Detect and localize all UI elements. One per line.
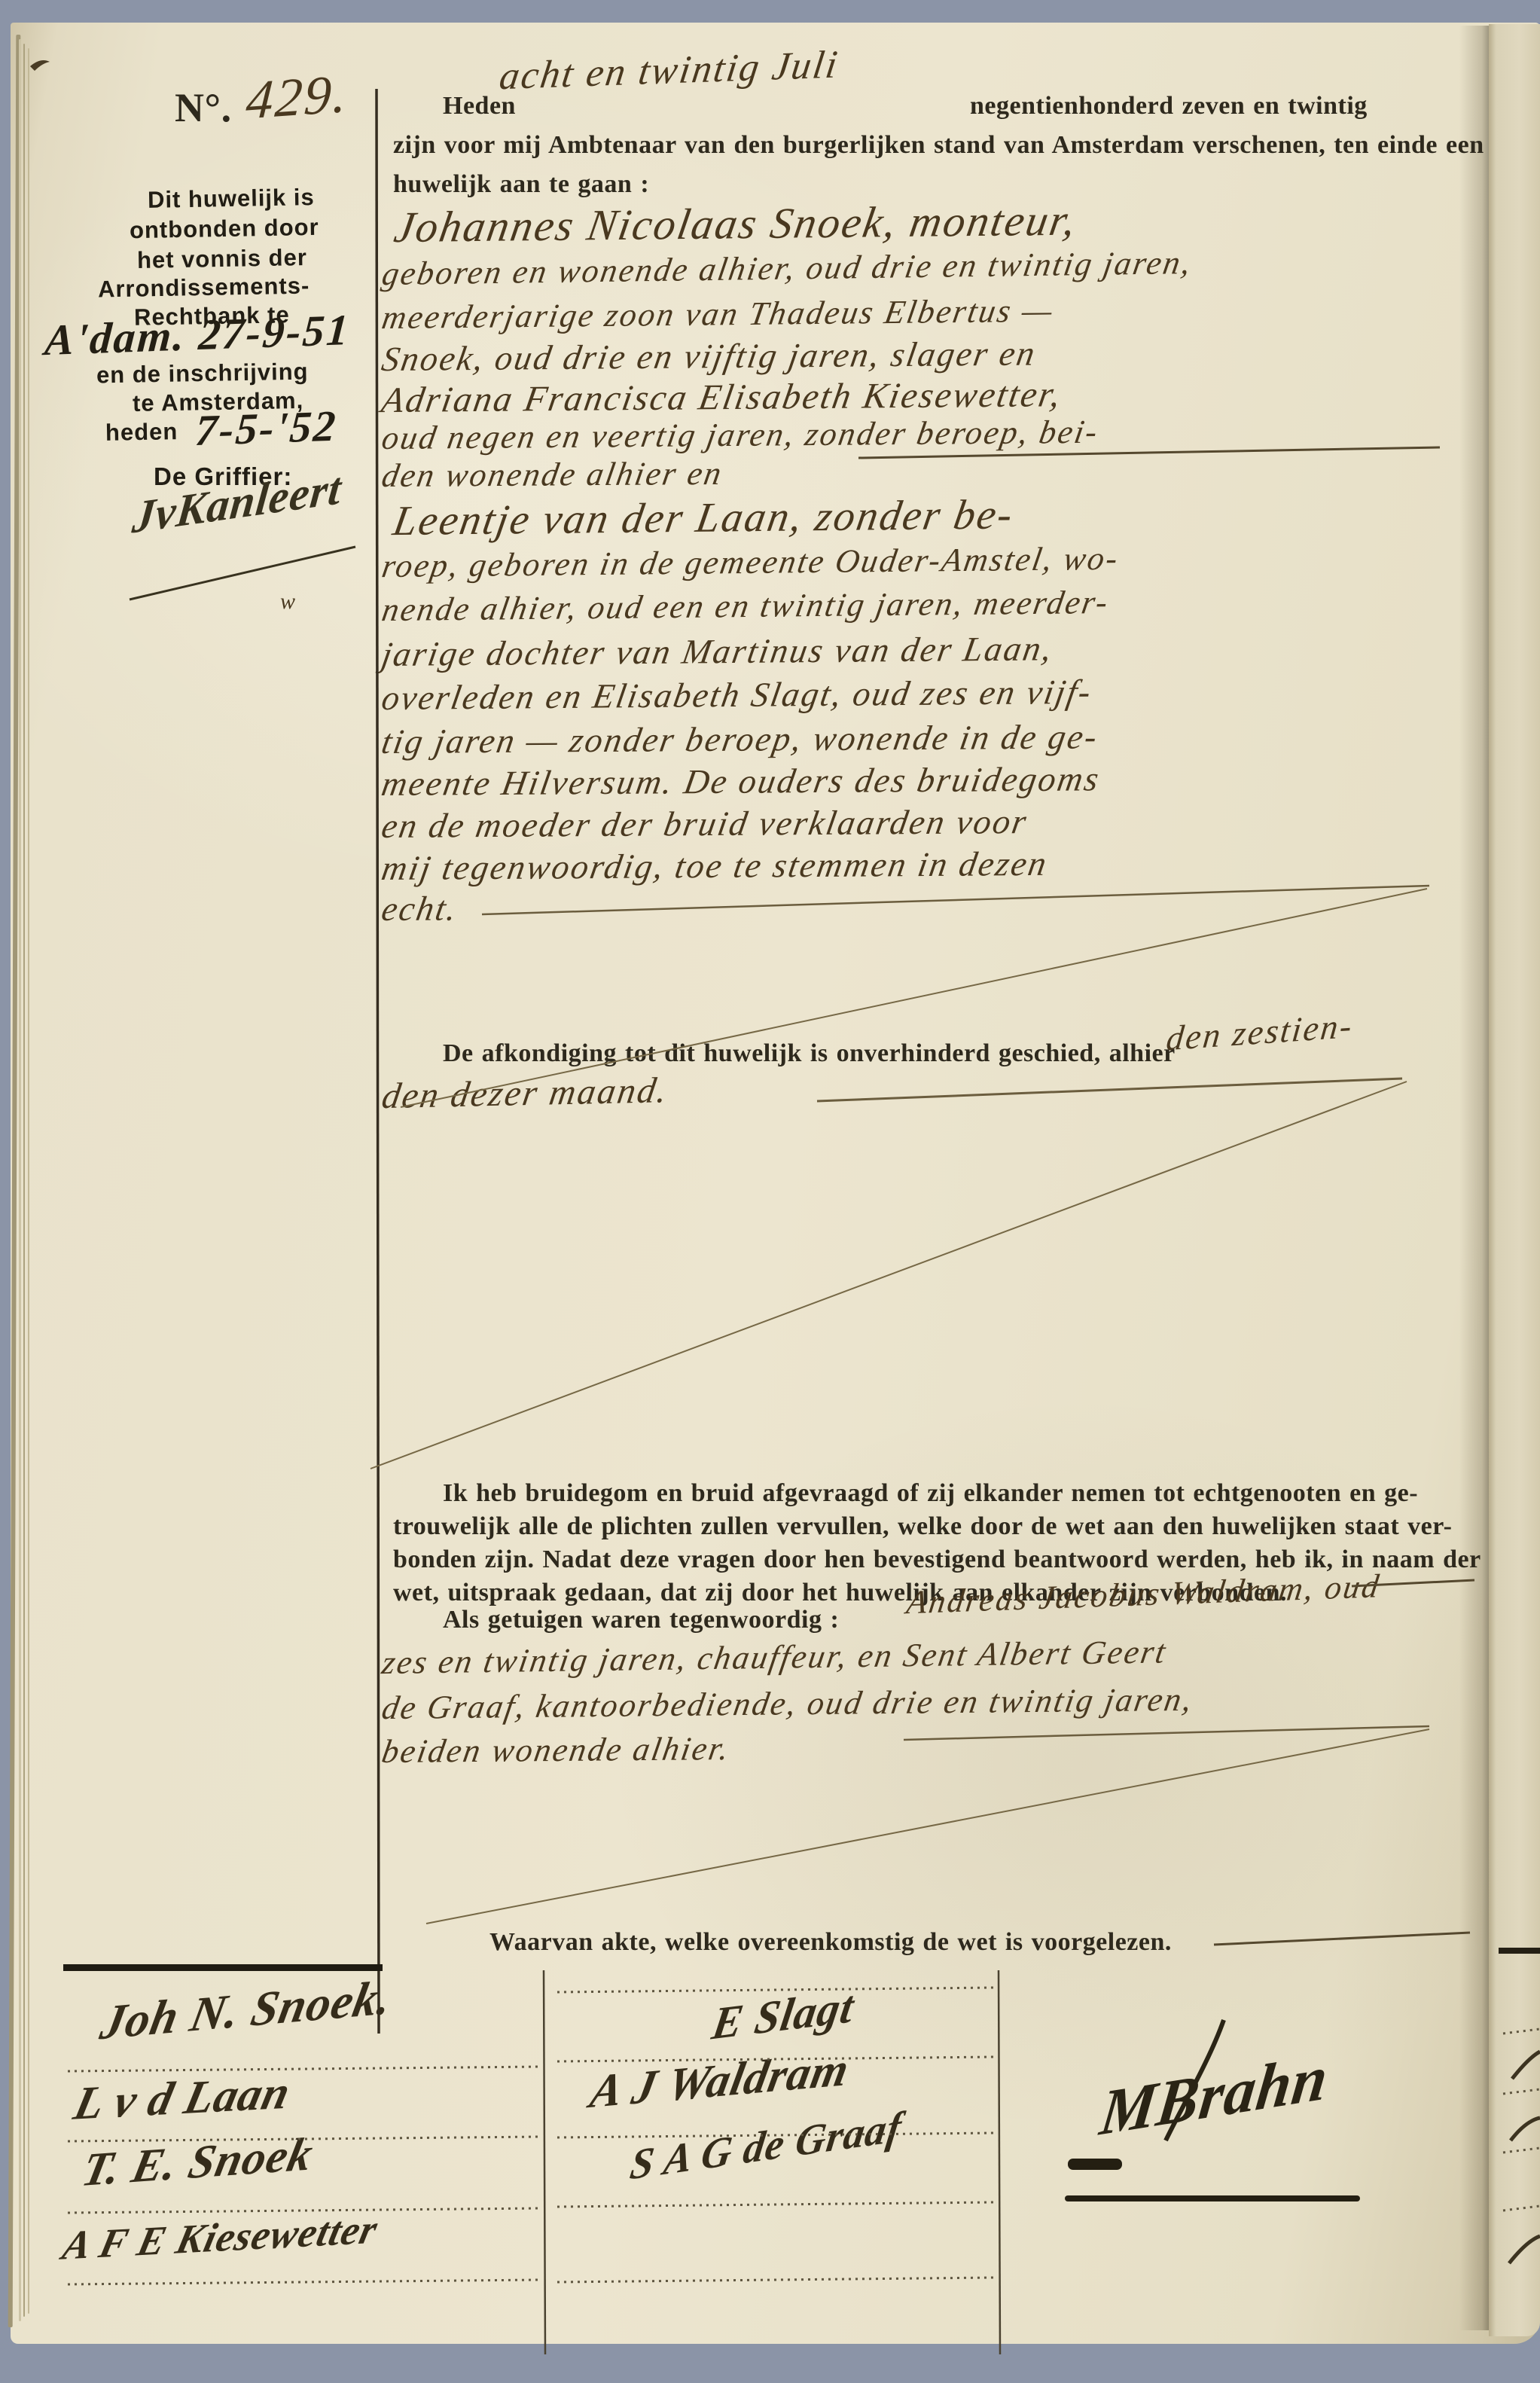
groom-entry-line: Snoek, oud drie en vijftig jaren, slager… — [379, 333, 1039, 379]
bride-entry-line: mij tegenwoordig, toe te stemmen in deze… — [379, 844, 1051, 888]
banns-handwritten-month: den dezer maand. — [379, 1069, 671, 1117]
vows-line: Ik heb bruidegom en bruid afgevraagd of … — [443, 1479, 1418, 1508]
divorce-stamp-line: Arrondissements- — [98, 273, 310, 304]
document-number-label: N°. — [175, 84, 232, 131]
next-page-sliver — [1489, 24, 1540, 2336]
vows-line: trouwelijk alle de plichten zullen vervu… — [393, 1512, 1452, 1541]
document-number-value: 429. — [244, 63, 351, 133]
bride-entry-line: Leentje van der Laan, zonder be- — [389, 490, 1017, 545]
bride-entry-line: meente Hilversum. De ouders des bruidego… — [379, 758, 1103, 804]
intro-year: negentienhonderd zeven en twintig — [970, 92, 1368, 121]
page-stack-edge — [28, 48, 29, 2314]
binding-crease-shadow — [1459, 26, 1490, 2330]
stamp-handwritten-date: 7-5-'52 — [194, 400, 339, 456]
bride-entry-line: en de moeder der bruid verklaarden voor — [379, 801, 1031, 846]
divorce-stamp-line: heden — [105, 418, 178, 447]
document-scan: N°. 429. Dit huwelijk is ontbonden door … — [0, 0, 1540, 2383]
groom-entry-line: meerderjarige zoon van Thadeus Elbertus … — [380, 291, 1057, 337]
bride-entry-line: tig jaren — zonder beroep, wonende in de… — [379, 716, 1102, 761]
groom-entry-line: oud negen en veertig jaren, zonder beroe… — [379, 413, 1102, 457]
page-stack-edge — [23, 44, 25, 2317]
divorce-stamp-line: en de inschrijving — [96, 359, 309, 389]
bride-entry-line: echt. — [379, 888, 462, 929]
stamp-handwritten-court: A'dam. 27-9-51 — [43, 304, 352, 365]
groom-entry-line: Johannes Nicolaas Snoek, monteur, — [391, 195, 1081, 253]
divorce-stamp-line: ontbonden door — [130, 214, 319, 244]
groom-entry-line: den wonende alhier en — [379, 454, 726, 495]
page-stack-edge — [19, 39, 21, 2321]
divorce-stamp-line: het vonnis der — [137, 244, 307, 274]
divorce-stamp-line: Dit huwelijk is — [148, 184, 315, 214]
banns-printed-line: De afkondiging tot dit huwelijk is onver… — [443, 1039, 1176, 1068]
intro-line: huwelijk aan te gaan : — [393, 170, 649, 199]
bride-entry-line: roep, geboren in de gemeente Ouder-Amste… — [380, 539, 1123, 585]
bride-entry-line: jarige dochter van Martinus van der Laan… — [379, 628, 1057, 674]
griffier-initial-mark: w — [280, 589, 297, 615]
witnesses-printed-label: Als getuigen waren tegenwoordig : — [443, 1606, 839, 1634]
bride-entry-line: nende alhier, oud een en twintig jaren, … — [380, 583, 1113, 629]
witness-entry-line: beiden wonende alhier. — [379, 1729, 733, 1771]
closing-printed-line: Waarvan akte, welke overeenkomstig de we… — [489, 1928, 1172, 1957]
intro-line: zijn voor mij Ambtenaar van den burgerli… — [393, 131, 1484, 160]
bride-entry-line: overleden en Elisabeth Slagt, oud zes en… — [379, 672, 1096, 718]
